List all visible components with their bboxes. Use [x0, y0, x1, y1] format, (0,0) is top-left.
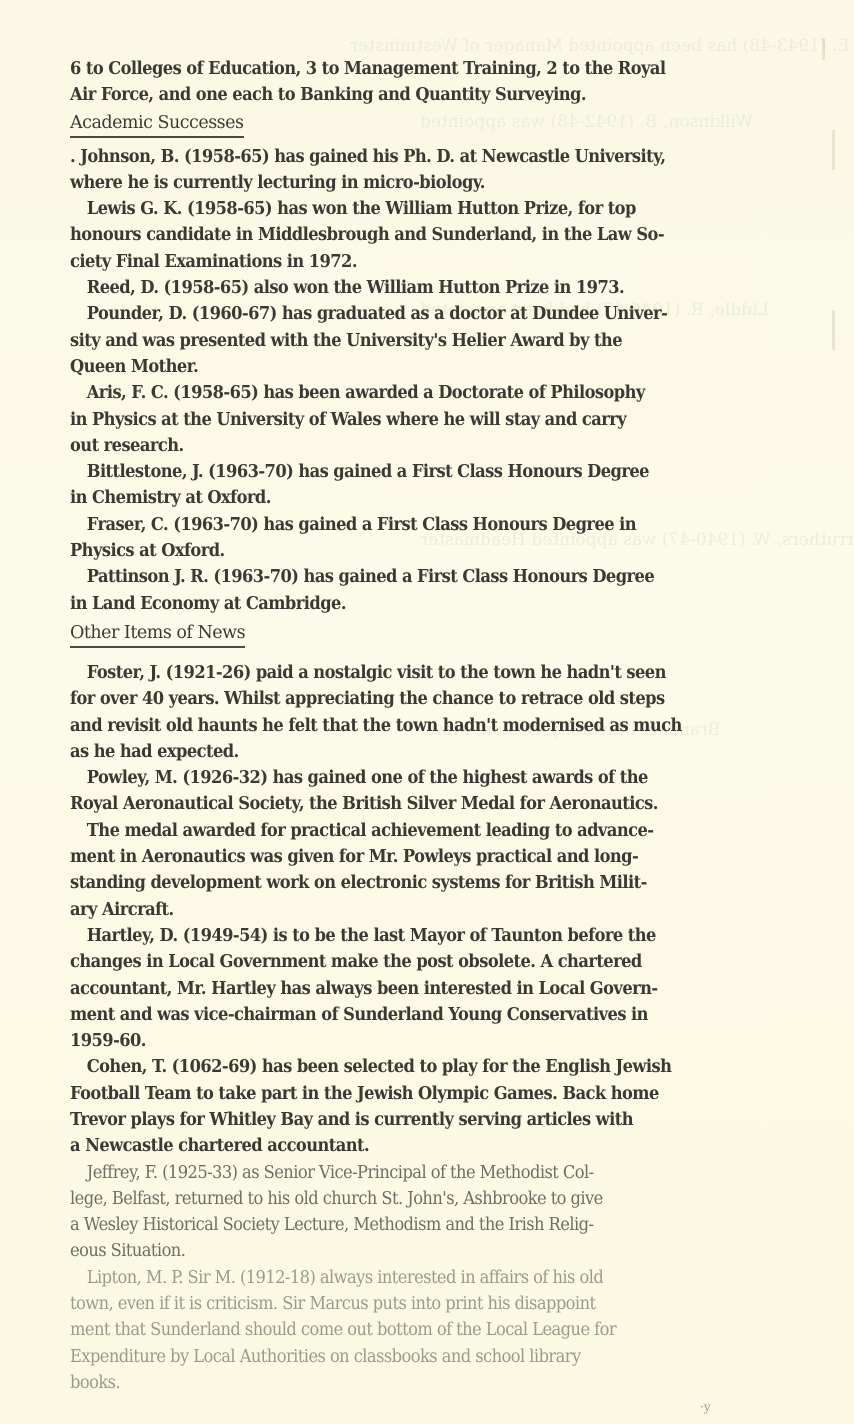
text-line: Physics at Oxford. — [70, 538, 744, 564]
text-line: . Johnson, B. (1958-65) has gained his P… — [70, 144, 744, 170]
text-line: Expenditure by Local Authorities on clas… — [70, 1344, 744, 1370]
text-line: 1959-60. — [70, 1028, 744, 1054]
text-line: for over 40 years. Whilst appreciating t… — [70, 686, 744, 712]
text-line: Air Force, and one each to Banking and Q… — [70, 82, 744, 108]
text-line: Aris, F. C. (1958-65) has been awarded a… — [70, 380, 744, 406]
text-line: as he had expected. — [70, 739, 744, 765]
paragraph-jeffrey: Jeffrey, F. (1925-33) as Senior Vice-Pri… — [70, 1160, 795, 1265]
text-line: Lipton, M. P. Sir M. (1912-18) always in… — [70, 1265, 744, 1291]
text-line: in Chemistry at Oxford. — [70, 485, 744, 511]
text-line: Queen Mother. — [70, 354, 744, 380]
scanned-page: Stephenson, E. (1943-48) has been appoin… — [0, 0, 854, 1424]
text-line: ary Aircraft. — [70, 897, 744, 923]
page-footer-mark: ·y — [700, 1400, 711, 1414]
text-line: Trevor plays for Whitley Bay and is curr… — [70, 1107, 744, 1133]
text-line: Foster, J. (1921-26) paid a nostalgic vi… — [70, 660, 744, 686]
section-heading-other-items-of-news: Other Items of News — [70, 621, 245, 648]
text-line: Powley, M. (1926-32) has gained one of t… — [70, 765, 744, 791]
text-line: ciety Final Examinations in 1972. — [70, 249, 744, 275]
text-line: standing development work on electronic … — [70, 870, 744, 896]
paragraph-powley: Powley, M. (1926-32) has gained one of t… — [70, 765, 795, 818]
text-line: books. — [70, 1370, 744, 1396]
paragraph-fraser: Fraser, C. (1963-70) has gained a First … — [70, 512, 795, 565]
paragraph-pounder: Pounder, D. (1960-67) has graduated as a… — [70, 301, 795, 380]
section-heading-academic-successes: Academic Successes — [70, 111, 244, 138]
text-line: Lewis G. K. (1958-65) has won the Willia… — [70, 196, 744, 222]
text-line: Cohen, T. (1062-69) has been selected to… — [70, 1054, 744, 1080]
paragraph-foster: Foster, J. (1921-26) paid a nostalgic vi… — [70, 660, 795, 765]
paragraph-johnson: . Johnson, B. (1958-65) has gained his P… — [70, 144, 795, 197]
paragraph-reed: Reed, D. (1958-65) also won the William … — [70, 275, 795, 301]
text-line: Royal Aeronautical Society, the British … — [70, 791, 744, 817]
text-line: Fraser, C. (1963-70) has gained a First … — [70, 512, 744, 538]
text-line: Jeffrey, F. (1925-33) as Senior Vice-Pri… — [70, 1160, 744, 1186]
paragraph-hartley: Hartley, D. (1949-54) is to be the last … — [70, 923, 795, 1054]
text-line: ment that Sunderland should come out bot… — [70, 1317, 744, 1343]
text-line: honours candidate in Middlesbrough and S… — [70, 222, 744, 248]
text-line: Reed, D. (1958-65) also won the William … — [70, 275, 744, 301]
paragraph-pattinson: Pattinson J. R. (1963-70) has gained a F… — [70, 564, 795, 617]
text-line: in Land Economy at Cambridge. — [70, 591, 744, 617]
text-line: Football Team to take part in the Jewish… — [70, 1081, 744, 1107]
text-line: where he is currently lecturing in micro… — [70, 170, 744, 196]
text-line: Pattinson J. R. (1963-70) has gained a F… — [70, 564, 744, 590]
text-line: town, even if it is criticism. Sir Marcu… — [70, 1291, 744, 1317]
paragraph-lewis: Lewis G. K. (1958-65) has won the Willia… — [70, 196, 795, 275]
text-line: lege, Belfast, returned to his old churc… — [70, 1186, 744, 1212]
text-line: and revisit old haunts he felt that the … — [70, 713, 744, 739]
intro-paragraph: 6 to Colleges of Education, 3 to Managem… — [70, 56, 795, 109]
text-line: ment in Aeronautics was given for Mr. Po… — [70, 844, 744, 870]
text-line: The medal awarded for practical achievem… — [70, 818, 744, 844]
paragraph-powley-medal: The medal awarded for practical achievem… — [70, 818, 795, 923]
text-line: sity and was presented with the Universi… — [70, 328, 744, 354]
text-line: out research. — [70, 433, 744, 459]
text-line: ment and was vice-chairman of Sunderland… — [70, 1002, 744, 1028]
bleed-through-mark — [832, 130, 835, 170]
text-line: Pounder, D. (1960-67) has graduated as a… — [70, 301, 744, 327]
paragraph-bittlestone: Bittlestone, J. (1963-70) has gained a F… — [70, 459, 795, 512]
bleed-through-text: Stephenson, E. (1943-48) has been appoin… — [350, 36, 854, 56]
bleed-through-mark — [822, 38, 825, 60]
text-line: changes in Local Government make the pos… — [70, 949, 744, 975]
paragraph-aris: Aris, F. C. (1958-65) has been awarded a… — [70, 380, 795, 459]
text-line: eous Situation. — [70, 1238, 744, 1264]
text-line: in Physics at the University of Wales wh… — [70, 407, 744, 433]
text-line: 6 to Colleges of Education, 3 to Managem… — [70, 56, 744, 82]
text-line: Bittlestone, J. (1963-70) has gained a F… — [70, 459, 744, 485]
paragraph-lipton: Lipton, M. P. Sir M. (1912-18) always in… — [70, 1265, 795, 1396]
paragraph-cohen: Cohen, T. (1062-69) has been selected to… — [70, 1054, 795, 1159]
text-line: a Newcastle chartered accountant. — [70, 1133, 744, 1159]
document-body: 6 to Colleges of Education, 3 to Managem… — [70, 56, 795, 1396]
text-line: Hartley, D. (1949-54) is to be the last … — [70, 923, 744, 949]
text-line: accountant, Mr. Hartley has always been … — [70, 976, 744, 1002]
text-line: a Wesley Historical Society Lecture, Met… — [70, 1212, 744, 1238]
bleed-through-mark — [832, 310, 835, 350]
